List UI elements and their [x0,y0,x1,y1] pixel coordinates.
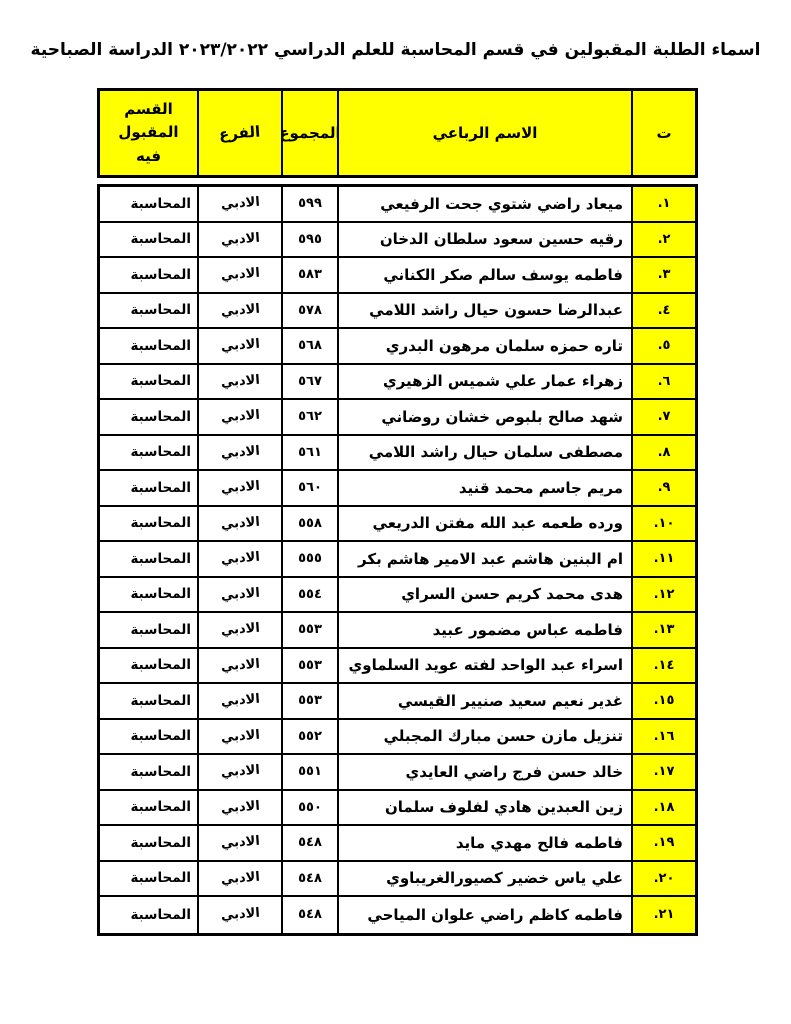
table-row: ٣. فاطمه يوسف سالم صكر الكناني ٥٨٣ الادب… [100,258,695,294]
student-name-cell: زهراء عمار علي شميس الزهيري [337,365,631,399]
header-department-label: القسم المقبول فيه [100,98,197,168]
department-cell: المحاسبة [100,755,197,789]
student-name: فاطمه يوسف سالم صكر الكناني [383,266,623,284]
branch-value: الادبي [220,763,260,781]
header-index-label: ت [656,124,671,142]
row-index-cell: ٦. [631,365,695,399]
table-row: ١٥. غدير نعيم سعيد صنيير القيسي ٥٥٣ الاد… [100,684,695,720]
student-name-cell: هدى محمد كريم حسن السراي [337,578,631,612]
department-cell: المحاسبة [100,400,197,434]
department-value: المحاسبة [130,267,191,283]
total-score-cell: ٥٦٧ [281,365,337,399]
student-name-cell: تنزيل مازن حسن مبارك المجبلي [337,720,631,754]
department-cell: المحاسبة [100,187,197,221]
total-score-cell: ٥٦٢ [281,400,337,434]
total-score: ٥٨٣ [298,267,322,282]
branch-cell: الادبي [197,542,281,576]
row-index-cell: ٢. [631,223,695,257]
student-name: اسراء عبد الواحد لفته عويد السلماوي [349,656,624,674]
table-row: ٨. مصطفى سلمان حيال راشد اللامي ٥٦١ الاد… [100,436,695,472]
department-cell: المحاسبة [100,720,197,754]
branch-cell: الادبي [197,684,281,718]
row-index: ٧. [658,409,671,424]
header-branch: الفرع [197,91,281,175]
branch-value: الادبي [220,692,260,710]
branch-cell: الادبي [197,400,281,434]
branch-cell: الادبي [197,294,281,328]
total-score: ٥٤٨ [298,835,322,850]
student-name-cell: ميعاد راضي شتوي جحت الرفيعي [337,187,631,221]
table-row: ٦. زهراء عمار علي شميس الزهيري ٥٦٧ الادب… [100,365,695,401]
student-name: تاره حمزه سلمان مرهون البدري [386,337,623,355]
student-name: مريم جاسم محمد قنيد [459,479,623,497]
department-cell: المحاسبة [100,897,197,933]
total-score-cell: ٥٥١ [281,755,337,789]
department-value: المحاسبة [130,764,191,780]
row-index: ٨. [658,445,671,460]
department-value: المحاسبة [130,728,191,744]
student-name-cell: فاطمه فالح مهدي مايد [337,826,631,860]
branch-cell: الادبي [197,826,281,860]
total-score: ٥٤٨ [298,907,322,922]
department-value: المحاسبة [130,196,191,212]
branch-cell: الادبي [197,187,281,221]
department-value: المحاسبة [130,409,191,425]
branch-value: الادبي [220,301,260,319]
department-cell: المحاسبة [100,507,197,541]
branch-cell: الادبي [197,613,281,647]
total-score-cell: ٥٦١ [281,436,337,470]
student-name-cell: شهد صالح بلبوص خشان روضاني [337,400,631,434]
total-score: ٥٥١ [298,764,322,779]
row-index: ٩. [658,480,671,495]
row-index-cell: ١. [631,187,695,221]
table-row: ٢٠. علي ياس خضير كصيورالغريباوي ٥٤٨ الاد… [100,862,695,898]
branch-cell: الادبي [197,365,281,399]
student-name-cell: علي ياس خضير كصيورالغريباوي [337,862,631,896]
branch-cell: الادبي [197,436,281,470]
row-index: ٢. [658,232,671,247]
total-score: ٥٦٠ [298,480,322,495]
department-cell: المحاسبة [100,258,197,292]
total-score: ٥٥٢ [298,729,322,744]
department-value: المحاسبة [130,835,191,851]
total-score-cell: ٥٤٨ [281,897,337,933]
branch-cell: الادبي [197,720,281,754]
total-score: ٥٥٠ [298,800,322,815]
row-index: ١٢. [654,587,675,602]
row-index-cell: ١٧. [631,755,695,789]
student-name: ورده طعمه عبد الله مفتن الدريعي [373,514,623,532]
row-index-cell: ١١. [631,542,695,576]
student-name-cell: ورده طعمه عبد الله مفتن الدريعي [337,507,631,541]
department-cell: المحاسبة [100,471,197,505]
branch-cell: الادبي [197,897,281,933]
student-name: عبدالرضا حسون حيال راشد اللامي [369,301,623,319]
branch-value: الادبي [220,550,260,568]
row-index: ١٥. [654,693,675,708]
row-index-cell: ١٠. [631,507,695,541]
total-score: ٥٥٨ [298,516,322,531]
total-score-cell: ٥٦٨ [281,329,337,363]
department-value: المحاسبة [130,586,191,602]
row-index-cell: ٨. [631,436,695,470]
table-row: ١٦. تنزيل مازن حسن مبارك المجبلي ٥٥٢ الا… [100,720,695,756]
branch-value: الادبي [220,798,260,816]
row-index-cell: ٩. [631,471,695,505]
row-index-cell: ٥. [631,329,695,363]
department-cell: المحاسبة [100,613,197,647]
row-index-cell: ١٢. [631,578,695,612]
row-index-cell: ٢١. [631,897,695,933]
department-cell: المحاسبة [100,294,197,328]
table-row: ٥. تاره حمزه سلمان مرهون البدري ٥٦٨ الاد… [100,329,695,365]
student-name-cell: فاطمه كاظم راضي علوان المياحي [337,897,631,933]
row-index: ١٤. [654,658,675,673]
row-index-cell: ١٤. [631,649,695,683]
department-cell: المحاسبة [100,826,197,860]
branch-value: الادبي [220,443,260,461]
department-value: المحاسبة [130,657,191,673]
total-score-cell: ٥٥٤ [281,578,337,612]
branch-cell: الادبي [197,578,281,612]
student-name: هدى محمد كريم حسن السراي [401,585,623,603]
branch-cell: الادبي [197,791,281,825]
student-name: تنزيل مازن حسن مبارك المجبلي [384,727,623,745]
table-header-row: ت الاسم الرباعي المجموع الفرع القسم المق… [97,88,698,178]
department-cell: المحاسبة [100,329,197,363]
department-cell: المحاسبة [100,436,197,470]
header-branch-label: الفرع [219,123,261,144]
header-total: المجموع [281,91,337,175]
total-score-cell: ٥٩٥ [281,223,337,257]
row-index: ١١. [654,551,675,566]
branch-cell: الادبي [197,258,281,292]
total-score-cell: ٥٥٣ [281,684,337,718]
table-row: ٧. شهد صالح بلبوص خشان روضاني ٥٦٢ الادبي… [100,400,695,436]
department-cell: المحاسبة [100,223,197,257]
department-value: المحاسبة [130,373,191,389]
branch-value: الادبي [220,372,260,390]
department-value: المحاسبة [130,907,191,923]
total-score: ٥٥٥ [298,551,322,566]
branch-value: الادبي [220,337,260,355]
header-name-label: الاسم الرباعي [433,124,538,142]
branch-value: الادبي [220,621,260,639]
student-name: ام البنين هاشم عبد الامير هاشم بكر [358,550,623,568]
branch-value: الادبي [220,906,260,924]
row-index: ٤. [658,303,671,318]
total-score-cell: ٥٥٣ [281,613,337,647]
row-index: ٣. [658,267,671,282]
branch-value: الادبي [220,869,260,887]
row-index: ١٣. [654,622,675,637]
total-score: ٥٥٣ [298,693,322,708]
department-value: المحاسبة [130,444,191,460]
student-name: فاطمه عباس مضمور عبيد [433,621,623,639]
row-index: ٢٠. [654,871,675,886]
student-name: علي ياس خضير كصيورالغريباوي [386,869,623,887]
branch-cell: الادبي [197,862,281,896]
row-index: ١٩. [654,835,675,850]
row-index-cell: ١٩. [631,826,695,860]
total-score: ٥٥٣ [298,658,322,673]
row-index: ١٦. [654,729,675,744]
branch-value: الادبي [220,585,260,603]
branch-value: الادبي [220,266,260,284]
header-index: ت [631,91,695,175]
department-value: المحاسبة [130,693,191,709]
table-row: ٤. عبدالرضا حسون حيال راشد اللامي ٥٧٨ ال… [100,294,695,330]
row-index: ١٨. [654,800,675,815]
department-cell: المحاسبة [100,649,197,683]
student-name: خالد حسن فرج راضي العايدي [405,763,623,781]
total-score: ٥٥٤ [298,587,322,602]
department-cell: المحاسبة [100,684,197,718]
student-name: فاطمه كاظم راضي علوان المياحي [367,906,623,924]
total-score: ٥٦١ [298,445,322,460]
total-score: ٥٩٥ [298,232,322,247]
total-score: ٥٦٨ [298,338,322,353]
header-department: القسم المقبول فيه [100,91,197,175]
student-name: شهد صالح بلبوص خشان روضاني [381,408,623,426]
student-name: زين العبدين هادي لفلوف سلمان [385,798,623,816]
total-score-cell: ٥٨٣ [281,258,337,292]
total-score-cell: ٥٥٥ [281,542,337,576]
table-row: ١٠. ورده طعمه عبد الله مفتن الدريعي ٥٥٨ … [100,507,695,543]
branch-value: الادبي [220,727,260,745]
branch-cell: الادبي [197,507,281,541]
table-row: ١. ميعاد راضي شتوي جحت الرفيعي ٥٩٩ الادب… [100,187,695,223]
department-value: المحاسبة [130,480,191,496]
row-index: ٦. [658,374,671,389]
total-score-cell: ٥٦٠ [281,471,337,505]
student-name: مصطفى سلمان حيال راشد اللامي [369,443,623,461]
row-index-cell: ٢٠. [631,862,695,896]
branch-value: الادبي [220,514,260,532]
header-total-label: المجموع [281,124,337,142]
total-score-cell: ٥٧٨ [281,294,337,328]
total-score: ٥٥٣ [298,622,322,637]
total-score-cell: ٥٥٨ [281,507,337,541]
table-row: ١٢. هدى محمد كريم حسن السراي ٥٥٤ الادبي … [100,578,695,614]
student-name-cell: تاره حمزه سلمان مرهون البدري [337,329,631,363]
table-row: ١١. ام البنين هاشم عبد الامير هاشم بكر ٥… [100,542,695,578]
branch-cell: الادبي [197,755,281,789]
header-name: الاسم الرباعي [337,91,631,175]
row-index: ١٠. [654,516,675,531]
department-value: المحاسبة [130,302,191,318]
branch-value: الادبي [220,656,260,674]
total-score-cell: ٥٥٠ [281,791,337,825]
department-value: المحاسبة [130,622,191,638]
student-name: رقيه حسين سعود سلطان الدخان [380,230,623,248]
student-name-cell: مريم جاسم محمد قنيد [337,471,631,505]
row-index-cell: ٧. [631,400,695,434]
total-score: ٥٦٢ [298,409,322,424]
row-index-cell: ٤. [631,294,695,328]
table-row: ١٧. خالد حسن فرج راضي العايدي ٥٥١ الادبي… [100,755,695,791]
department-value: المحاسبة [130,870,191,886]
student-name: ميعاد راضي شتوي جحت الرفيعي [380,195,623,213]
branch-value: الادبي [220,479,260,497]
student-name-cell: خالد حسن فرج راضي العايدي [337,755,631,789]
total-score-cell: ٥٤٨ [281,826,337,860]
department-cell: المحاسبة [100,365,197,399]
branch-value: الادبي [220,408,260,426]
department-value: المحاسبة [130,231,191,247]
student-name-cell: اسراء عبد الواحد لفته عويد السلماوي [337,649,631,683]
student-name-cell: ام البنين هاشم عبد الامير هاشم بكر [337,542,631,576]
page-title: اسماء الطلبة المقبولين في قسم المحاسبة ل… [0,40,791,60]
row-index: ٢١. [654,907,675,922]
department-value: المحاسبة [130,799,191,815]
department-cell: المحاسبة [100,791,197,825]
table-row: ١٩. فاطمه فالح مهدي مايد ٥٤٨ الادبي المح… [100,826,695,862]
department-cell: المحاسبة [100,862,197,896]
students-table: ت الاسم الرباعي المجموع الفرع القسم المق… [97,88,698,936]
table-row: ١٤. اسراء عبد الواحد لفته عويد السلماوي … [100,649,695,685]
table-row: ٩. مريم جاسم محمد قنيد ٥٦٠ الادبي المحاس… [100,471,695,507]
total-score: ٥٧٨ [298,303,322,318]
department-value: المحاسبة [130,551,191,567]
student-name-cell: مصطفى سلمان حيال راشد اللامي [337,436,631,470]
table-row: ٢١. فاطمه كاظم راضي علوان المياحي ٥٤٨ ال… [100,897,695,933]
table-row: ٢. رقيه حسين سعود سلطان الدخان ٥٩٥ الادب… [100,223,695,259]
total-score: ٥٤٨ [298,871,322,886]
row-index-cell: ١٥. [631,684,695,718]
department-value: المحاسبة [130,515,191,531]
student-name-cell: عبدالرضا حسون حيال راشد اللامي [337,294,631,328]
branch-value: الادبي [220,834,260,852]
branch-value: الادبي [220,230,260,248]
student-name-cell: فاطمه عباس مضمور عبيد [337,613,631,647]
student-name-cell: رقيه حسين سعود سلطان الدخان [337,223,631,257]
row-index-cell: ١٦. [631,720,695,754]
row-index: ١. [658,196,671,211]
row-index-cell: ٣. [631,258,695,292]
total-score-cell: ٥٥٢ [281,720,337,754]
total-score: ٥٦٧ [298,374,322,389]
row-index: ١٧. [654,764,675,779]
table-body: ١. ميعاد راضي شتوي جحت الرفيعي ٥٩٩ الادب… [97,184,698,936]
total-score-cell: ٥٤٨ [281,862,337,896]
department-cell: المحاسبة [100,542,197,576]
student-name-cell: غدير نعيم سعيد صنيير القيسي [337,684,631,718]
student-name: غدير نعيم سعيد صنيير القيسي [398,692,623,710]
total-score-cell: ٥٥٣ [281,649,337,683]
table-row: ١٨. زين العبدين هادي لفلوف سلمان ٥٥٠ الا… [100,791,695,827]
student-name: فاطمه فالح مهدي مايد [456,834,623,852]
student-name-cell: فاطمه يوسف سالم صكر الكناني [337,258,631,292]
total-score: ٥٩٩ [298,196,322,211]
branch-cell: الادبي [197,471,281,505]
branch-cell: الادبي [197,649,281,683]
branch-cell: الادبي [197,223,281,257]
table-row: ١٣. فاطمه عباس مضمور عبيد ٥٥٣ الادبي الم… [100,613,695,649]
department-value: المحاسبة [130,338,191,354]
row-index-cell: ١٣. [631,613,695,647]
total-score-cell: ٥٩٩ [281,187,337,221]
student-name-cell: زين العبدين هادي لفلوف سلمان [337,791,631,825]
department-cell: المحاسبة [100,578,197,612]
row-index: ٥. [658,338,671,353]
row-index-cell: ١٨. [631,791,695,825]
branch-cell: الادبي [197,329,281,363]
student-name: زهراء عمار علي شميس الزهيري [383,372,623,390]
branch-value: الادبي [220,195,260,213]
